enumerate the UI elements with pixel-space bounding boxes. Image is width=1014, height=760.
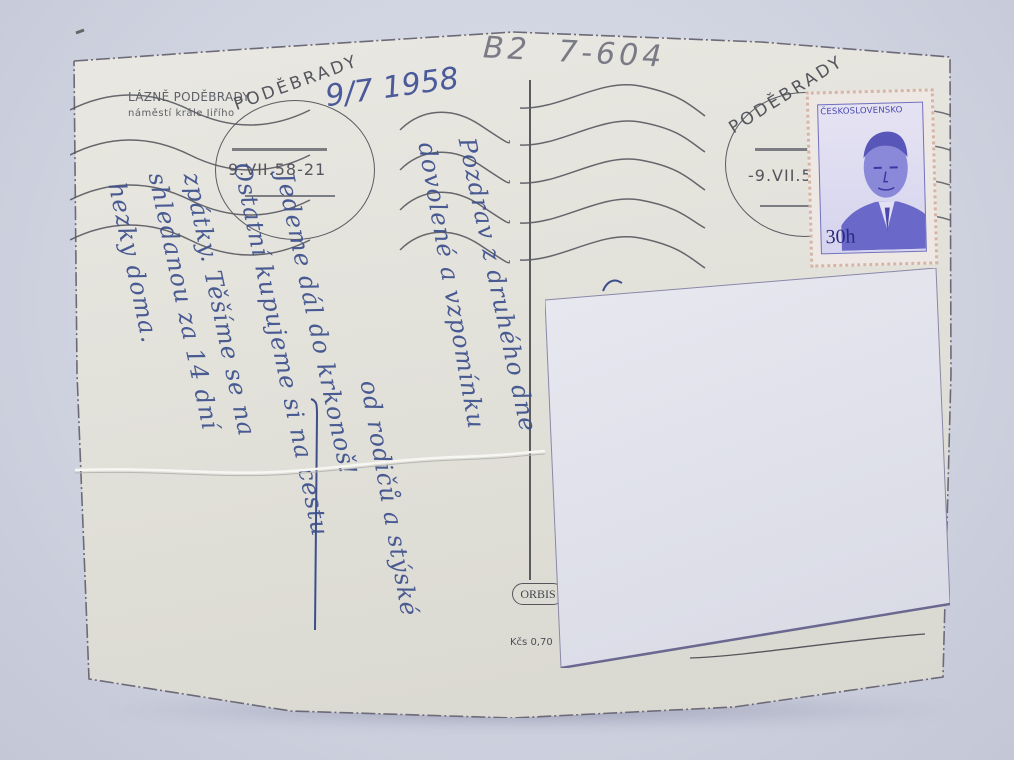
price-label: Kčs 0,70 bbox=[510, 637, 553, 648]
postage-stamp: ČESKOSLOVENSKO 30h bbox=[806, 88, 939, 267]
spa-subtitle: náměstí krále Jiřího bbox=[128, 108, 235, 119]
stamp-country: ČESKOSLOVENSKO bbox=[820, 105, 903, 117]
publisher-logo: ORBIS bbox=[512, 583, 564, 605]
stamp-value: 30h bbox=[825, 225, 856, 249]
postmark-left-bar bbox=[232, 148, 327, 151]
blank-paper-slip bbox=[545, 268, 950, 668]
address-divider-line bbox=[529, 80, 531, 580]
stamp-frame: ČESKOSLOVENSKO 30h bbox=[817, 102, 927, 255]
